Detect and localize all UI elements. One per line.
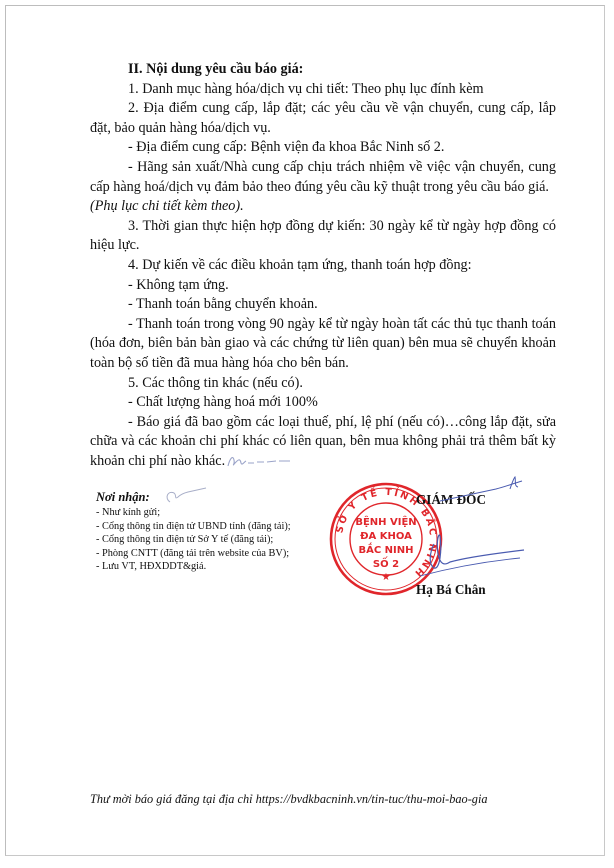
paragraph: - Thanh toán trong vòng 90 ngày kể từ ng… xyxy=(90,315,556,374)
svg-text:★: ★ xyxy=(382,572,391,583)
paragraph: 3. Thời gian thực hiện hợp đồng dự kiến:… xyxy=(90,217,556,256)
svg-text:BỆNH VIỆN: BỆNH VIỆN xyxy=(355,515,416,528)
footer-note: Thư mời báo giá đăng tại địa chỉ https:/… xyxy=(90,792,488,807)
recipient-item: - Lưu VT, HĐXDDT&giá. xyxy=(96,560,291,573)
paragraph: - Thanh toán bằng chuyển khoản. xyxy=(90,295,556,315)
recipient-item: - Phòng CNTT (đăng tải trên website của … xyxy=(96,547,291,560)
paragraph: - Hãng sản xuất/Nhà cung cấp chịu trách … xyxy=(90,158,556,197)
recipients-title: Nơi nhận: xyxy=(96,491,291,504)
svg-text:ĐA KHOA: ĐA KHOA xyxy=(360,531,412,542)
paragraph: - Không tạm ứng. xyxy=(90,276,556,296)
recipient-item: - Cổng thông tin điện tử UBND tỉnh (đăng… xyxy=(96,520,291,533)
paragraph: - Địa điểm cung cấp: Bệnh viện đa khoa B… xyxy=(90,138,556,158)
signer-name: Hạ Bá Chân xyxy=(416,582,486,598)
document-body: II. Nội dung yêu cầu báo giá: 1. Danh mụ… xyxy=(90,60,556,471)
paragraph: 2. Địa điểm cung cấp, lắp đặt; các yêu c… xyxy=(90,99,556,138)
section-heading: II. Nội dung yêu cầu báo giá: xyxy=(90,60,556,80)
paragraph: 1. Danh mục hàng hóa/dịch vụ chi tiết: T… xyxy=(90,80,556,100)
signature-title: GIÁM ĐỐC xyxy=(416,492,486,508)
paragraph: 5. Các thông tin khác (nếu có). xyxy=(90,374,556,394)
recipients-block: Nơi nhận: - Như kính gửi; - Cổng thông t… xyxy=(96,491,291,573)
paragraph-appendix-note: (Phụ lục chi tiết kèm theo). xyxy=(90,197,556,217)
paragraph: 4. Dự kiến về các điều khoản tạm ứng, th… xyxy=(90,256,556,276)
recipient-item: - Như kính gửi; xyxy=(96,506,291,519)
svg-text:SỐ 2: SỐ 2 xyxy=(373,555,399,570)
recipient-item: - Cổng thông tin điện tử Sở Y tế (đăng t… xyxy=(96,533,291,546)
paragraph: - Báo giá đã bao gồm các loại thuế, phí,… xyxy=(90,413,556,472)
paragraph: - Chất lượng hàng hoá mới 100% xyxy=(90,393,556,413)
svg-text:BẮC NINH: BẮC NINH xyxy=(358,541,413,556)
